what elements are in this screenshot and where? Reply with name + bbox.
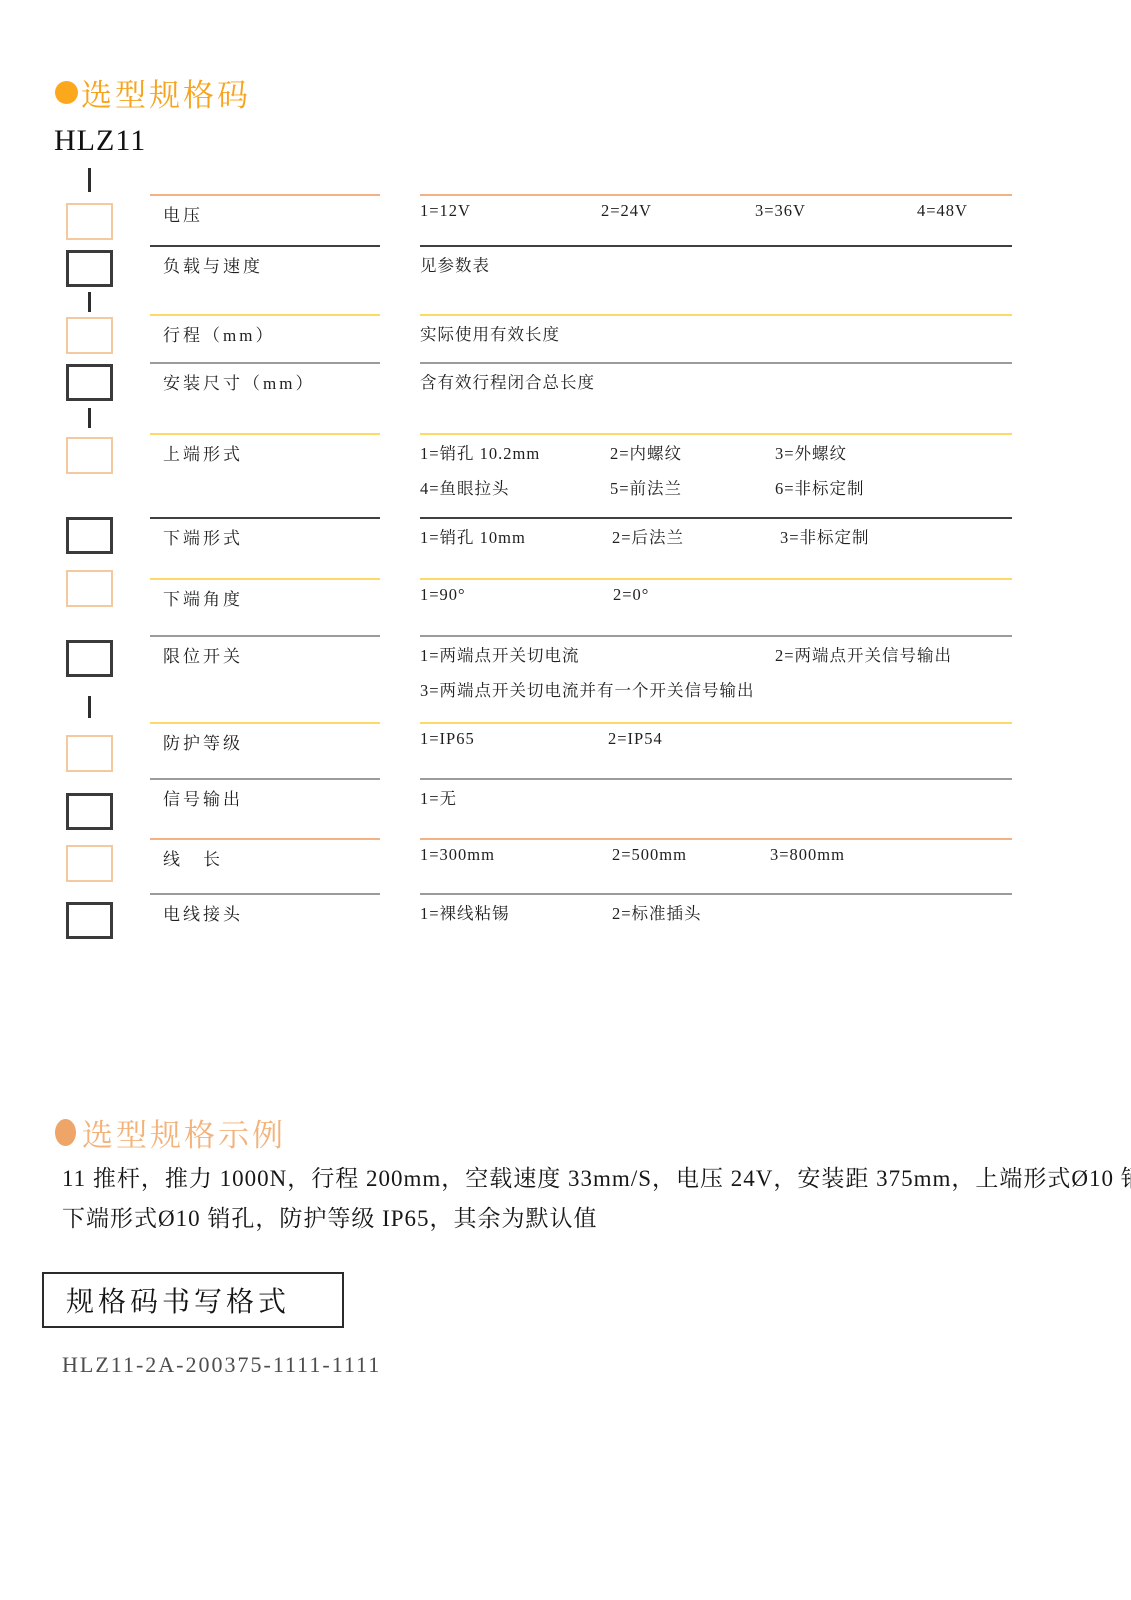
connector-line xyxy=(88,408,91,428)
option-value: 1=销孔 10mm xyxy=(420,524,526,548)
option-value: 3=非标定制 xyxy=(780,524,870,548)
connector-line xyxy=(88,168,91,192)
label-divider xyxy=(150,838,380,840)
options-divider xyxy=(420,578,1012,580)
label-divider xyxy=(150,722,380,724)
label-divider xyxy=(150,314,380,316)
field-label: 限位开关 xyxy=(163,642,243,667)
label-divider xyxy=(150,362,380,364)
option-value: 1=无 xyxy=(420,785,457,809)
option-value: 4=鱼眼拉头 xyxy=(420,475,510,499)
options-divider xyxy=(420,433,1012,435)
options-divider xyxy=(420,838,1012,840)
option-value: 1=IP65 xyxy=(420,729,475,749)
code-box-3 xyxy=(66,317,113,354)
code-box-4 xyxy=(66,364,113,401)
section-title-text: 选型规格码 xyxy=(81,70,251,115)
options-divider xyxy=(420,314,1012,316)
field-label: 电线接头 xyxy=(163,900,243,925)
orange-bullet-icon xyxy=(55,81,78,104)
connector-line xyxy=(88,292,91,312)
spec-code-text: HLZ11-2A-200375-1111-1111 xyxy=(62,1352,381,1378)
options-divider xyxy=(420,362,1012,364)
code-box-12 xyxy=(66,902,113,939)
field-label: 行程（mm） xyxy=(163,321,275,346)
option-value: 1=两端点开关切电流 xyxy=(420,642,580,666)
options-divider xyxy=(420,722,1012,724)
options-divider xyxy=(420,194,1012,196)
option-value: 实际使用有效长度 xyxy=(420,321,560,345)
field-label: 下端角度 xyxy=(163,585,243,610)
option-value: 4=48V xyxy=(917,201,968,221)
option-value: 2=标准插头 xyxy=(612,900,702,924)
example-text-line1: 11 推杆，推力 1000N，行程 200mm，空载速度 33mm/S，电压 2… xyxy=(62,1160,1131,1193)
options-divider xyxy=(420,517,1012,519)
field-label: 电压 xyxy=(163,201,203,226)
code-box-9 xyxy=(66,735,113,772)
option-value: 3=外螺纹 xyxy=(775,440,847,464)
model-code: HLZ11 xyxy=(54,124,146,158)
label-divider xyxy=(150,778,380,780)
label-divider xyxy=(150,433,380,435)
option-value: 3=两端点开关切电流并有一个开关信号输出 xyxy=(420,677,755,701)
label-divider xyxy=(150,635,380,637)
label-divider xyxy=(150,578,380,580)
option-value: 3=800mm xyxy=(770,845,845,865)
format-box: 规格码书写格式 xyxy=(42,1272,344,1328)
code-box-7 xyxy=(66,570,113,607)
label-divider xyxy=(150,245,380,247)
option-value: 1=裸线粘锡 xyxy=(420,900,510,924)
code-box-6 xyxy=(66,517,113,554)
options-divider xyxy=(420,245,1012,247)
option-value: 2=后法兰 xyxy=(612,524,684,548)
option-value: 1=300mm xyxy=(420,845,495,865)
option-value: 6=非标定制 xyxy=(775,475,865,499)
options-divider xyxy=(420,635,1012,637)
option-value: 1=12V xyxy=(420,201,471,221)
option-value: 2=内螺纹 xyxy=(610,440,682,464)
format-box-title: 规格码书写格式 xyxy=(66,1280,290,1320)
field-label: 线 长 xyxy=(163,845,223,870)
section-title-text: 选型规格示例 xyxy=(82,1110,286,1155)
field-label: 安装尺寸（mm） xyxy=(163,369,315,394)
option-value: 2=两端点开关信号输出 xyxy=(775,642,952,666)
field-label: 上端形式 xyxy=(163,440,243,465)
field-label: 防护等级 xyxy=(163,729,243,754)
options-divider xyxy=(420,778,1012,780)
option-value: 见参数表 xyxy=(420,252,490,276)
code-box-10 xyxy=(66,793,113,830)
option-value: 2=IP54 xyxy=(608,729,663,749)
option-value: 2=500mm xyxy=(612,845,687,865)
field-label: 信号输出 xyxy=(163,785,243,810)
example-text-line2: 下端形式Ø10 销孔，防护等级 IP65，其余为默认值 xyxy=(62,1200,598,1233)
field-label: 负载与速度 xyxy=(163,252,263,277)
option-value: 3=36V xyxy=(755,201,806,221)
field-label: 下端形式 xyxy=(163,524,243,549)
option-value: 含有效行程闭合总长度 xyxy=(420,369,595,393)
option-value: 1=销孔 10.2mm xyxy=(420,440,540,464)
label-divider xyxy=(150,893,380,895)
option-value: 2=0° xyxy=(613,585,649,605)
label-divider xyxy=(150,517,380,519)
section-title-spec-example: 选型规格示例 xyxy=(55,1110,286,1155)
connector-line xyxy=(88,696,91,718)
code-box-8 xyxy=(66,640,113,677)
option-value: 1=90° xyxy=(420,585,466,605)
code-box-5 xyxy=(66,437,113,474)
datasheet-page: 选型规格码 HLZ11 电压 1=12V 2=24V 3=36V 4=48V 负… xyxy=(0,0,1131,1600)
options-divider xyxy=(420,893,1012,895)
code-box-1 xyxy=(66,203,113,240)
section-title-spec-code: 选型规格码 xyxy=(55,70,251,115)
option-value: 2=24V xyxy=(601,201,652,221)
label-divider xyxy=(150,194,380,196)
option-value: 5=前法兰 xyxy=(610,475,682,499)
salmon-bullet-icon xyxy=(55,1119,76,1146)
code-box-11 xyxy=(66,845,113,882)
code-box-2 xyxy=(66,250,113,287)
